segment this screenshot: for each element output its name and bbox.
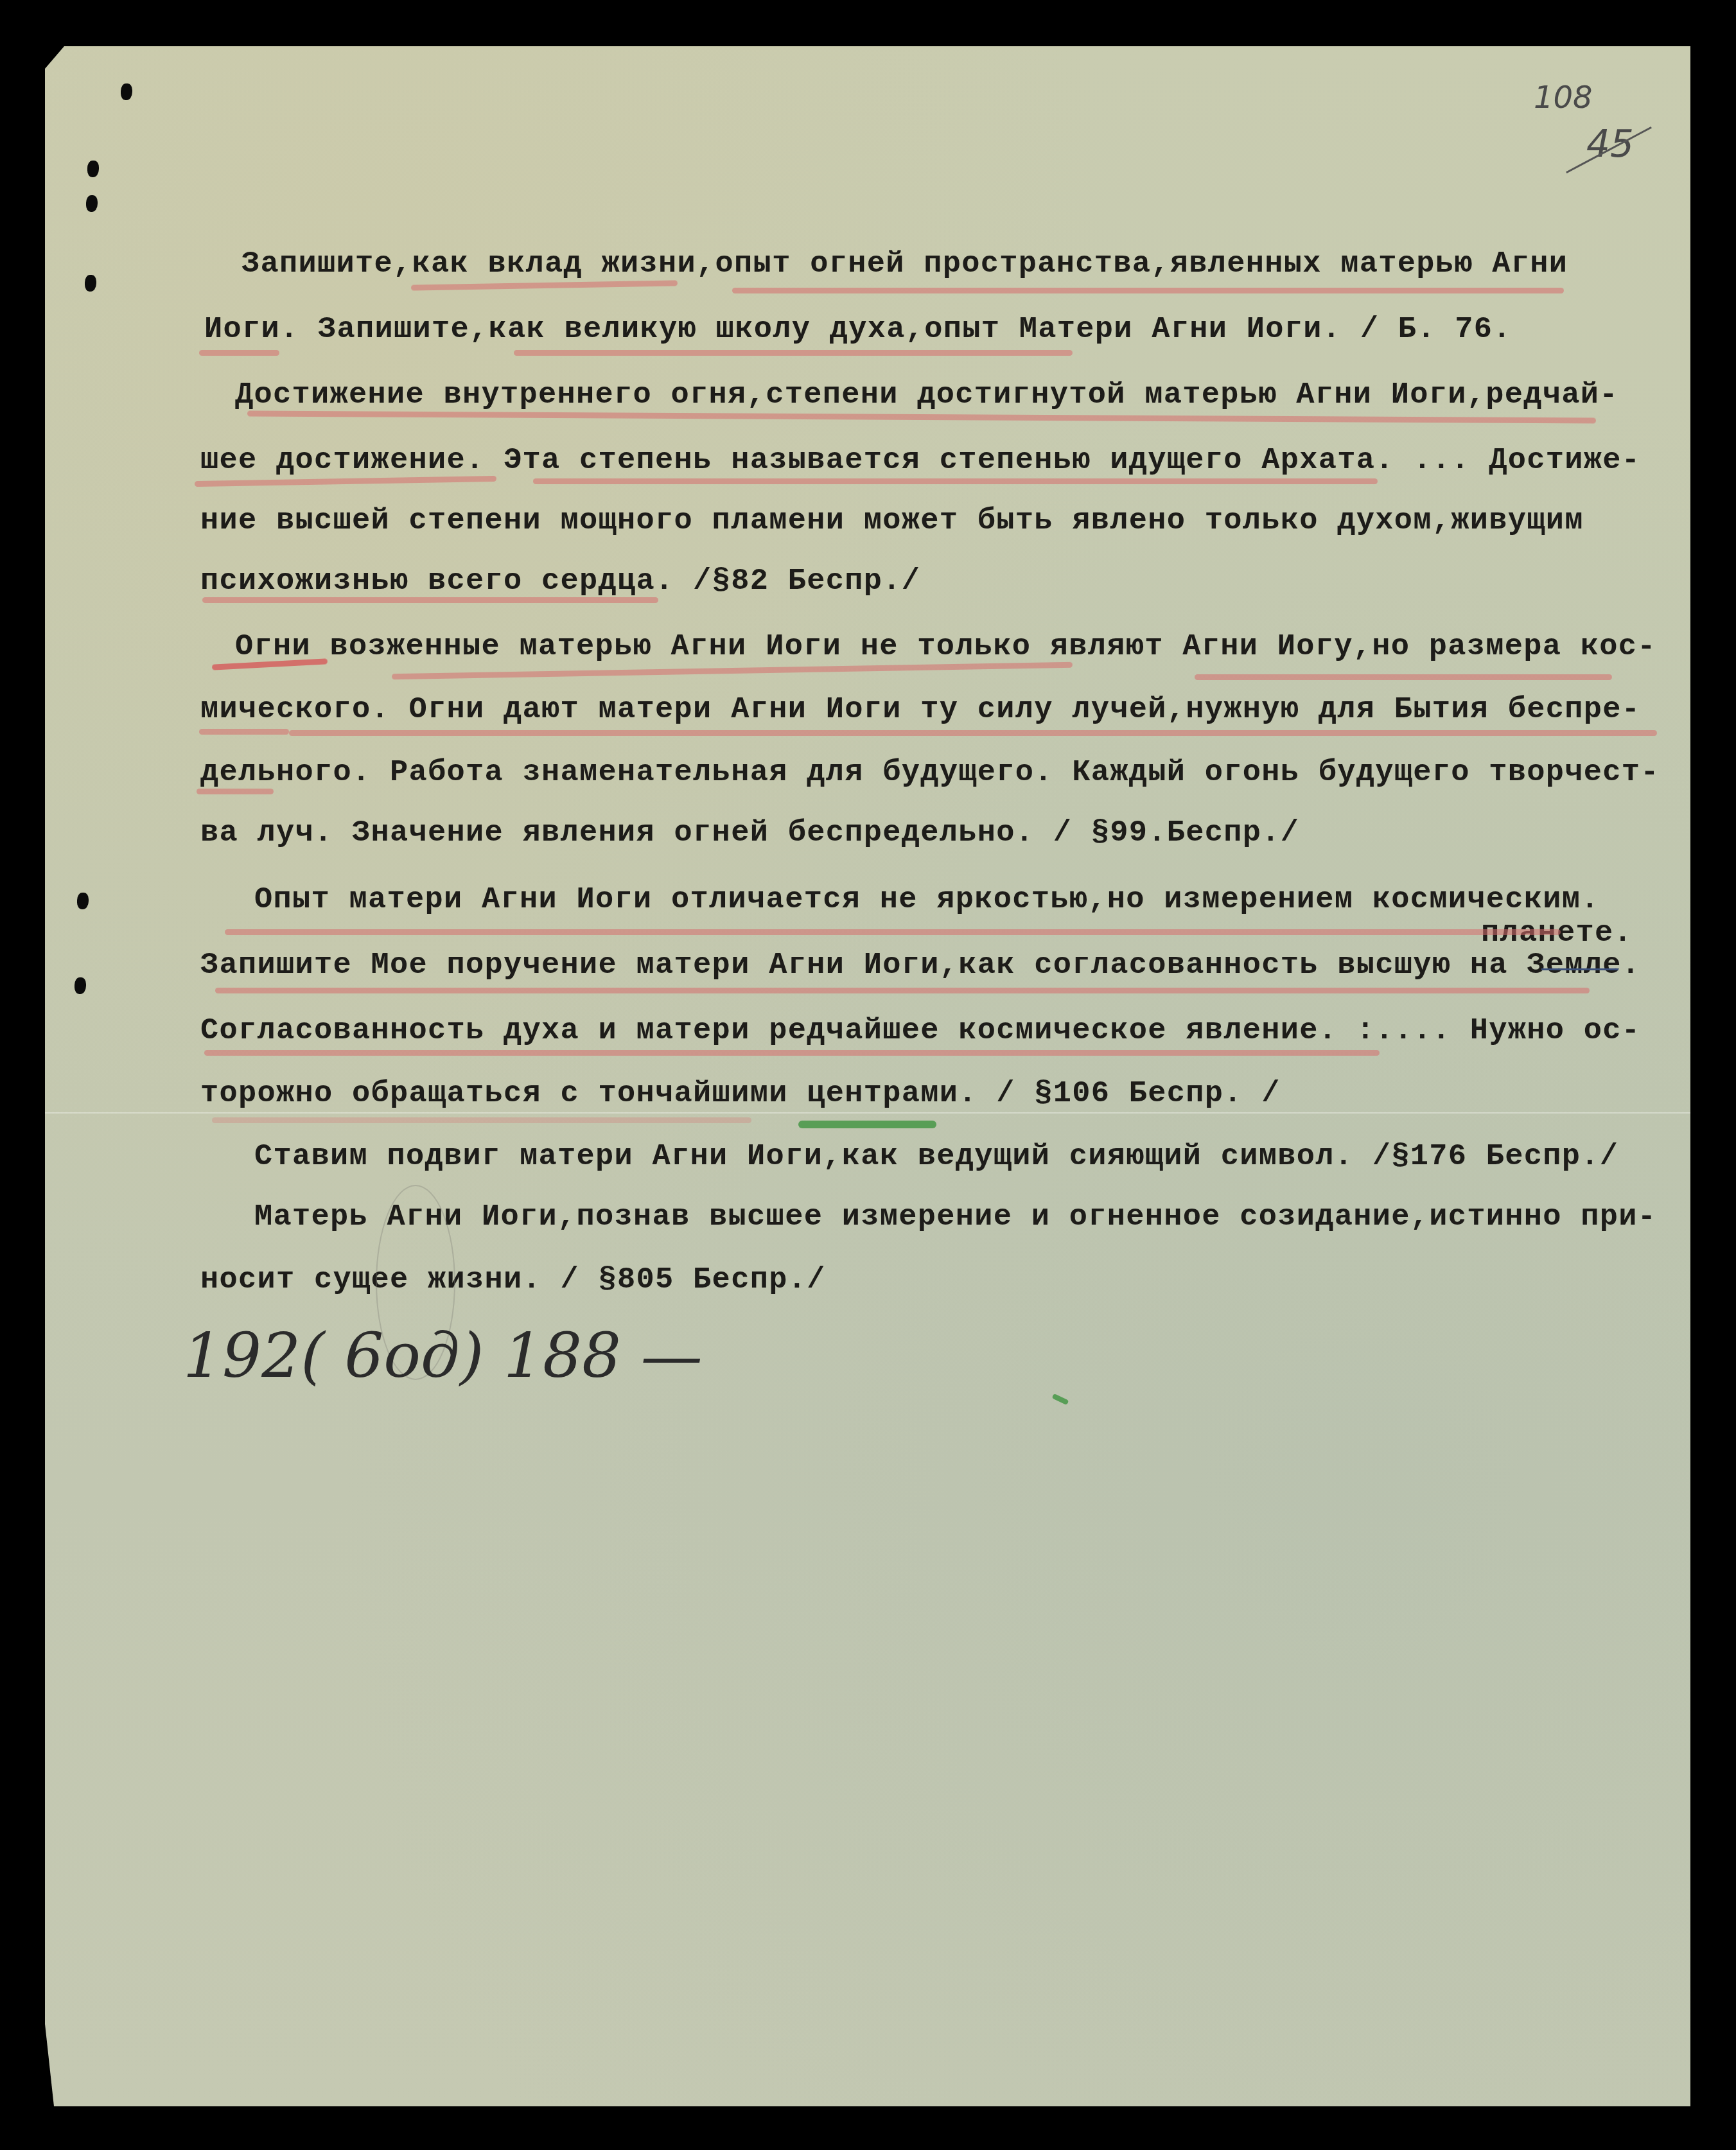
folio-number: 108	[1534, 80, 1593, 116]
red-underline	[514, 350, 1073, 356]
text-line-6: психожизнью всего сердца. /§82 Беспр./	[200, 566, 920, 597]
punch-hole	[75, 977, 86, 994]
handwritten-note: 192( 6од) 188 —	[183, 1320, 703, 1392]
text-line-3: Достижение внутреннего огня,степени дост…	[235, 380, 1618, 410]
fold-line	[45, 1112, 1690, 1114]
red-underline	[204, 1050, 1380, 1056]
red-underline	[199, 350, 279, 356]
red-underline	[202, 597, 658, 603]
text-line-14: торожно обращаться с тончайшими центрами…	[200, 1079, 1281, 1109]
punch-hole	[121, 83, 132, 100]
red-underline	[212, 1117, 751, 1123]
text-line-10: ва луч. Значение явления огней беспредел…	[200, 818, 1299, 848]
red-underline	[533, 478, 1378, 484]
red-underline	[225, 929, 1561, 935]
text-line-4: шее достижение. Эта степень называется с…	[200, 446, 1640, 476]
text-line-16: Матерь Агни Иоги,познав высшее измерение…	[254, 1202, 1656, 1232]
punch-hole	[77, 893, 89, 909]
red-underline	[197, 789, 274, 794]
text-line-1: Запишите,как вклад жизни,опыт огней прос…	[241, 249, 1568, 279]
red-underline	[289, 730, 1657, 736]
punch-hole	[87, 161, 99, 177]
red-underline	[1195, 674, 1612, 680]
punch-hole	[86, 195, 98, 212]
text-line-7: Огни возженные матерью Агни Иоги не толь…	[235, 632, 1656, 662]
text-line-2: Иоги. Запишите,как великую школу духа,оп…	[204, 315, 1512, 345]
green-underline	[798, 1121, 936, 1128]
text-line-5: ние высшей степени мощного пламени может…	[200, 506, 1584, 536]
red-underline	[199, 729, 289, 735]
text-line-9: дельного. Работа знаменательная для буду…	[200, 758, 1660, 788]
red-underline	[732, 288, 1564, 293]
text-line-17: носит сущее жизни. / §805 Беспр./	[200, 1265, 826, 1295]
text-line-11: Опыт матери Агни Иоги отличается не ярко…	[254, 885, 1600, 915]
text-line-15: Ставим подвиг матери Агни Иоги,как ведущ…	[254, 1142, 1618, 1172]
text-line-8: мического. Огни дают матери Агни Иоги ту…	[200, 695, 1640, 725]
strike-zemle	[1541, 968, 1618, 970]
text-line-12: Запишите Мое поручение матери Агни Иоги,…	[200, 950, 1640, 981]
punch-hole	[85, 275, 96, 292]
text-line-13: Согласованность духа и матери редчайшее …	[200, 1016, 1640, 1046]
red-underline	[215, 988, 1590, 993]
